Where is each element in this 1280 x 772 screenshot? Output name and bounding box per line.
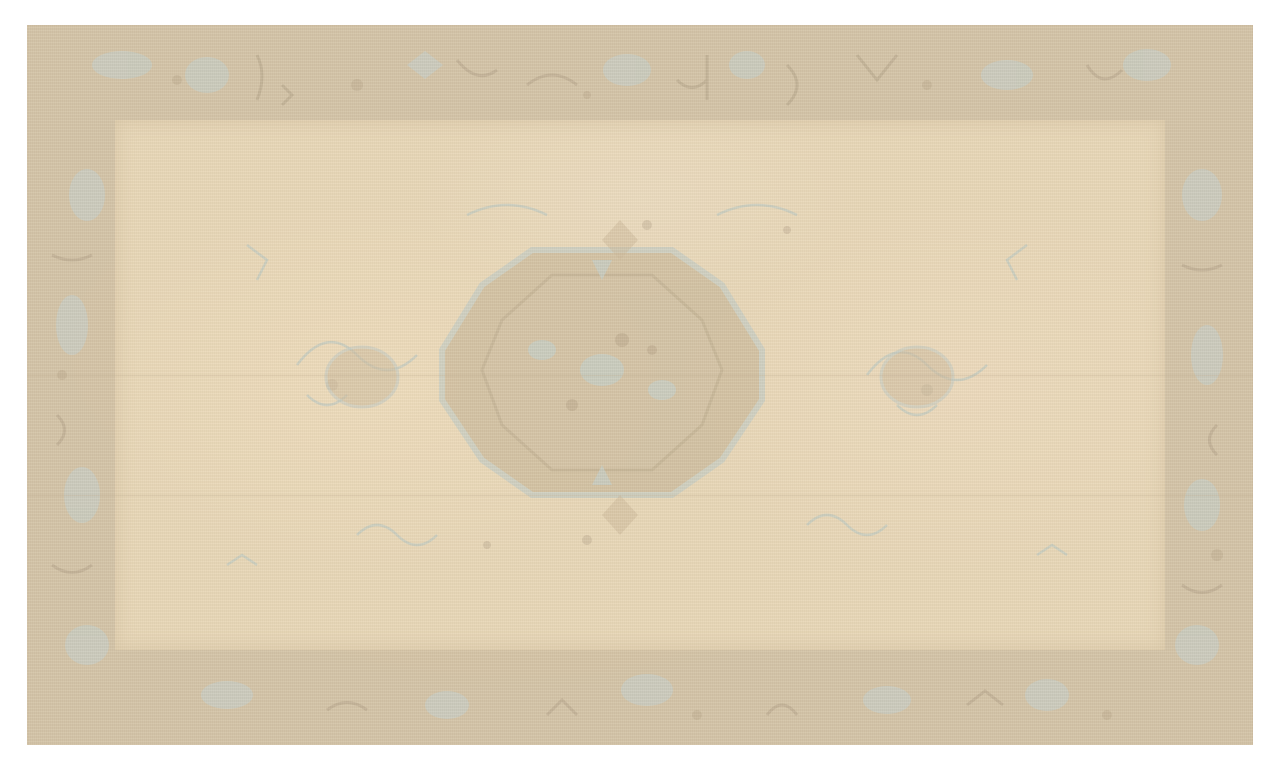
fold-line — [27, 495, 1253, 496]
fold-line — [27, 375, 1253, 376]
medallion-pendants — [27, 25, 1253, 745]
rug — [27, 25, 1253, 745]
